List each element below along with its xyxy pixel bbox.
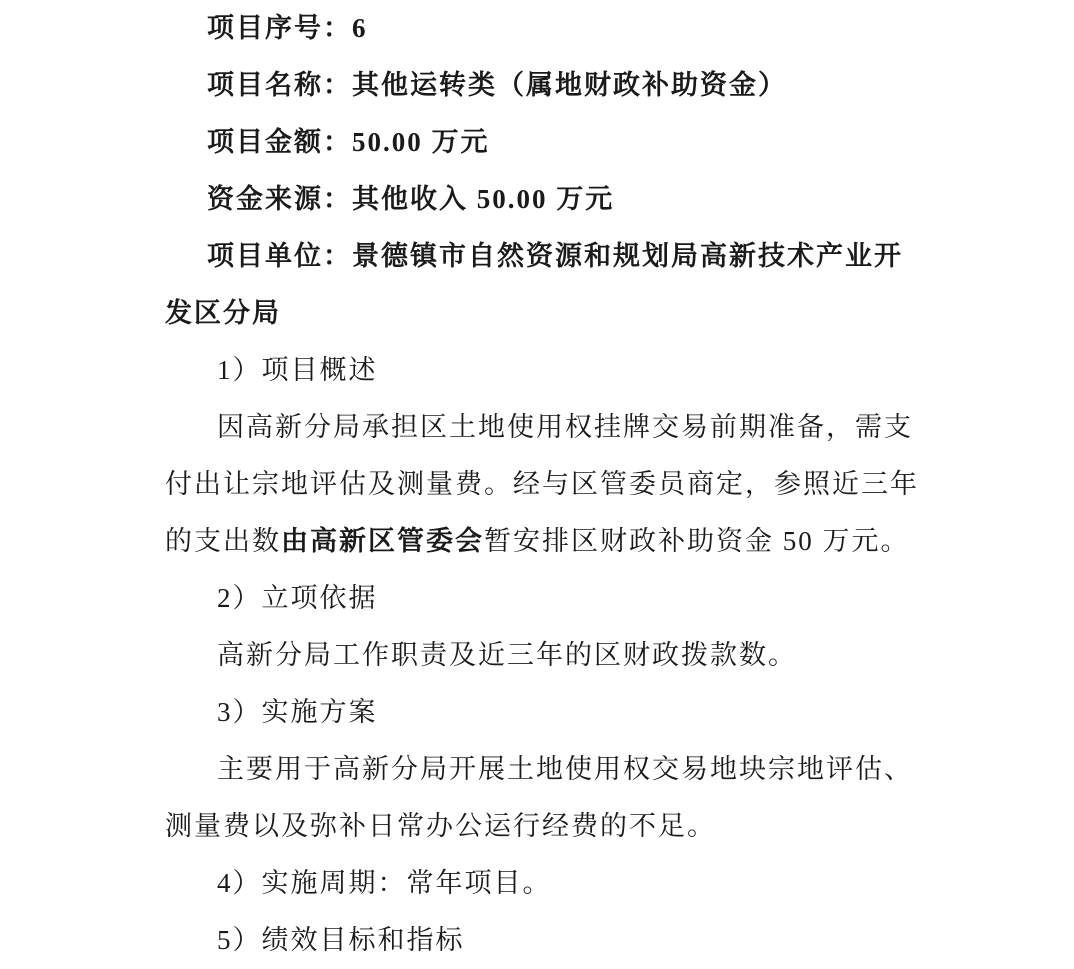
field-line-fund-source: 资金来源：其他收入 50.00 万元 — [165, 171, 925, 228]
section-heading-5: 5）绩效目标和指标 — [165, 912, 925, 969]
field-line-project-unit: 项目单位：景德镇市自然资源和规划局高新技术产业开 — [165, 228, 925, 285]
plan-line-2-text: 测量费以及弥补日常办公运行经费的不足。 — [165, 811, 716, 841]
heading-1-text: 1）项目概述 — [217, 355, 378, 385]
project-unit-text: 项目单位：景德镇市自然资源和规划局高新技术产业开 — [207, 241, 903, 271]
overview-paragraph-line-1: 因高新分局承担区土地使用权挂牌交易前期准备，需支 — [165, 399, 925, 456]
plan-paragraph-line-1: 主要用于高新分局开展土地使用权交易地块宗地评估、 — [165, 741, 925, 798]
field-line-project-number: 项目序号：6 — [165, 0, 925, 57]
overview-line-2-text: 付出让宗地评估及测量费。经与区管委员商定，参照近三年 — [165, 469, 919, 499]
plan-paragraph-line-2: 测量费以及弥补日常办公运行经费的不足。 — [165, 798, 925, 855]
heading-3-text: 3）实施方案 — [217, 697, 378, 727]
project-name-text: 项目名称：其他运转类（属地财政补助资金） — [207, 70, 787, 100]
section-heading-3: 3）实施方案 — [165, 684, 925, 741]
heading-4-text: 4）实施周期：常年项目。 — [217, 868, 552, 898]
heading-5-text: 5）绩效目标和指标 — [217, 925, 465, 955]
field-line-project-amount: 项目金额：50.00 万元 — [165, 114, 925, 171]
project-unit-continuation-text: 发区分局 — [165, 298, 281, 328]
project-amount-text: 项目金额：50.00 万元 — [207, 127, 490, 157]
section-heading-2: 2）立项依据 — [165, 570, 925, 627]
section-heading-4: 4）实施周期：常年项目。 — [165, 855, 925, 912]
plan-line-1-text: 主要用于高新分局开展土地使用权交易地块宗地评估、 — [217, 754, 913, 784]
basis-paragraph-line-1: 高新分局工作职责及近三年的区财政拨款数。 — [165, 627, 925, 684]
fund-source-text: 资金来源：其他收入 50.00 万元 — [207, 184, 614, 214]
section-heading-1: 1）项目概述 — [165, 342, 925, 399]
overview-paragraph-line-2: 付出让宗地评估及测量费。经与区管委员商定，参照近三年 — [165, 456, 925, 513]
overview-line-3-text-regular-2: 暂安排区财政补助资金 50 万元。 — [484, 526, 910, 556]
basis-line-1-text: 高新分局工作职责及近三年的区财政拨款数。 — [217, 640, 797, 670]
overview-line-3-text-regular-1: 的支出数 — [165, 526, 281, 556]
heading-2-text: 2）立项依据 — [217, 583, 378, 613]
document-page: 项目序号：6 项目名称：其他运转类（属地财政补助资金） 项目金额：50.00 万… — [0, 0, 1074, 969]
field-line-project-unit-continuation: 发区分局 — [165, 285, 925, 342]
field-line-project-name: 项目名称：其他运转类（属地财政补助资金） — [165, 57, 925, 114]
overview-paragraph-line-3: 的支出数由高新区管委会暂安排区财政补助资金 50 万元。 — [165, 513, 925, 570]
overview-line-3-text-bold: 由高新区管委会 — [281, 526, 484, 556]
document-text-block: 项目序号：6 项目名称：其他运转类（属地财政补助资金） 项目金额：50.00 万… — [165, 0, 925, 969]
overview-line-1-text: 因高新分局承担区土地使用权挂牌交易前期准备，需支 — [217, 412, 913, 442]
project-number-text: 项目序号：6 — [207, 13, 368, 43]
